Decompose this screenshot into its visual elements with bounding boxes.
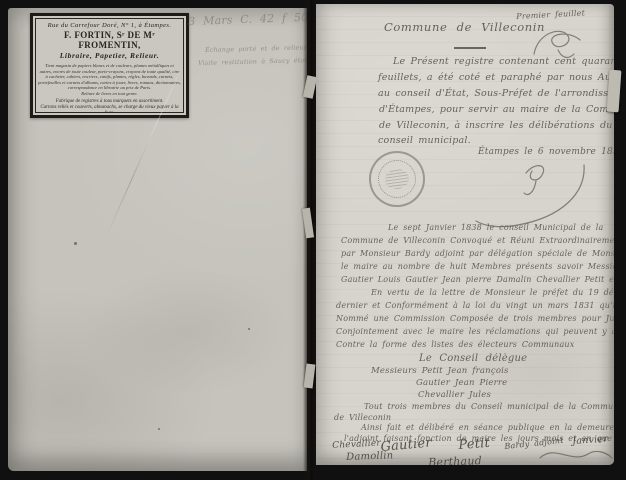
signature: Chevallier: [332, 438, 381, 451]
commission-line: Nommé une Commission Composée de trois m…: [336, 314, 614, 323]
label-footer-line: Cartons reliés et couverts, almanachs, s…: [40, 105, 178, 113]
scanned-register-photo: { "scan": { "background_color": "#101010…: [0, 0, 626, 480]
signature-flourish: [538, 446, 614, 464]
delegate-name: Chevallier Jules: [418, 390, 491, 400]
label-body-text: Tient magasin de papiers blancs et de co…: [36, 63, 183, 97]
bookseller-label-inner: Rue du Carrefour Doré, N° 1, à Étampes. …: [35, 18, 184, 113]
commission-line: dernier et Conformément à la loi du ving…: [336, 301, 614, 310]
margin-note: Échange porté et de relieur 7 Juin 1839: [205, 43, 307, 54]
delegate-name: Messieurs Petit Jean françois: [371, 366, 509, 376]
commission-line: Conjointement avec le maire les réclamat…: [336, 327, 614, 336]
delegation-closing-line: de Villeconin: [334, 413, 391, 422]
dateline: Étampes le 6 novembre 1837: [478, 147, 614, 157]
label-body-line: autres, encres de toute couleur, porte-c…: [40, 69, 180, 74]
opening-line: Le Présent registre contenant cent quara…: [393, 56, 614, 67]
label-address: Rue du Carrefour Doré, N° 1, à Étampes.: [36, 22, 183, 29]
label-body-line: Reliure de livres en tout genre.: [81, 91, 137, 96]
opening-line: d'Étampes, pour servir au maire de la Co…: [379, 104, 614, 115]
delegation-heading: Le Conseil délègue: [419, 353, 527, 364]
paper-speck: [248, 328, 250, 330]
opening-line: de Villeconin, à inscrire les délibérati…: [379, 120, 613, 131]
heading-underline: [454, 47, 486, 49]
price-annotation: 3 Mars C. 42 f 50: [188, 11, 307, 28]
label-footer-line: Fabrique de registres à tous marquets en…: [56, 99, 164, 104]
delegation-closing-line: Tout trois membres du Conseil municipal …: [364, 402, 614, 411]
label-trade-line: Libraire, Papetier, Relieur.: [36, 51, 183, 60]
left-page: Rue du Carrefour Doré, N° 1, à Étampes. …: [8, 8, 307, 471]
signature: Petit: [458, 436, 490, 453]
right-page: Premier feuillet Commune de Villeconin L…: [316, 4, 614, 465]
session-line: par Monsieur Bardy adjoint par délégatio…: [341, 249, 614, 258]
opening-line: feuillets, a été coté et paraphé par nou…: [378, 72, 614, 83]
opening-line: au conseil d'État, Sous-Préfet de l'arro…: [378, 88, 614, 99]
session-line: Gautier Louis Gautier Jean pierre Damali…: [341, 275, 614, 284]
opening-line: conseil municipal.: [378, 135, 471, 146]
label-body-line: correspondance en librairie au prix de P…: [68, 85, 151, 90]
session-line: Le sept Janvier 1838 le conseil Municipa…: [388, 223, 604, 232]
session-line: le maire au nombre de huit Membres prése…: [341, 262, 614, 271]
torn-page-tab: [607, 70, 622, 113]
commission-line: Contre la forme des listes des électeurs…: [336, 340, 575, 349]
commune-heading: Commune de Villeconin: [384, 20, 545, 34]
label-body-line: portefeuilles et carnets d'albums, carte…: [38, 80, 181, 85]
paper-speck: [74, 242, 77, 245]
label-bookseller-name: F. FORTIN, Sʳ DE Mʳ FROMENTIN,: [36, 30, 183, 50]
book-gutter: [303, 0, 317, 480]
commission-line: En vertu de la lettre de Monsieur le pré…: [371, 288, 614, 297]
margin-note: Visite restitution à Saucy état 9 mai 18…: [198, 56, 307, 67]
signature: Janvier: [572, 434, 608, 447]
signature: Berthaud: [428, 454, 482, 465]
signature: Damollin: [346, 450, 393, 463]
session-line: Commune de Villeconin Convoqué et Réuni …: [341, 236, 614, 245]
closing-line: Ainsi fait et délibéré en séance publiqu…: [361, 423, 614, 432]
paper-speck: [158, 428, 160, 430]
label-body-line: à cacheter, cahiers, encriers, canifs, p…: [46, 74, 174, 79]
official-stamp: [365, 147, 428, 210]
label-body-line: Tient magasin de papiers blancs et de co…: [45, 63, 173, 68]
delegate-name: Gautier Jean Pierre: [416, 378, 507, 388]
